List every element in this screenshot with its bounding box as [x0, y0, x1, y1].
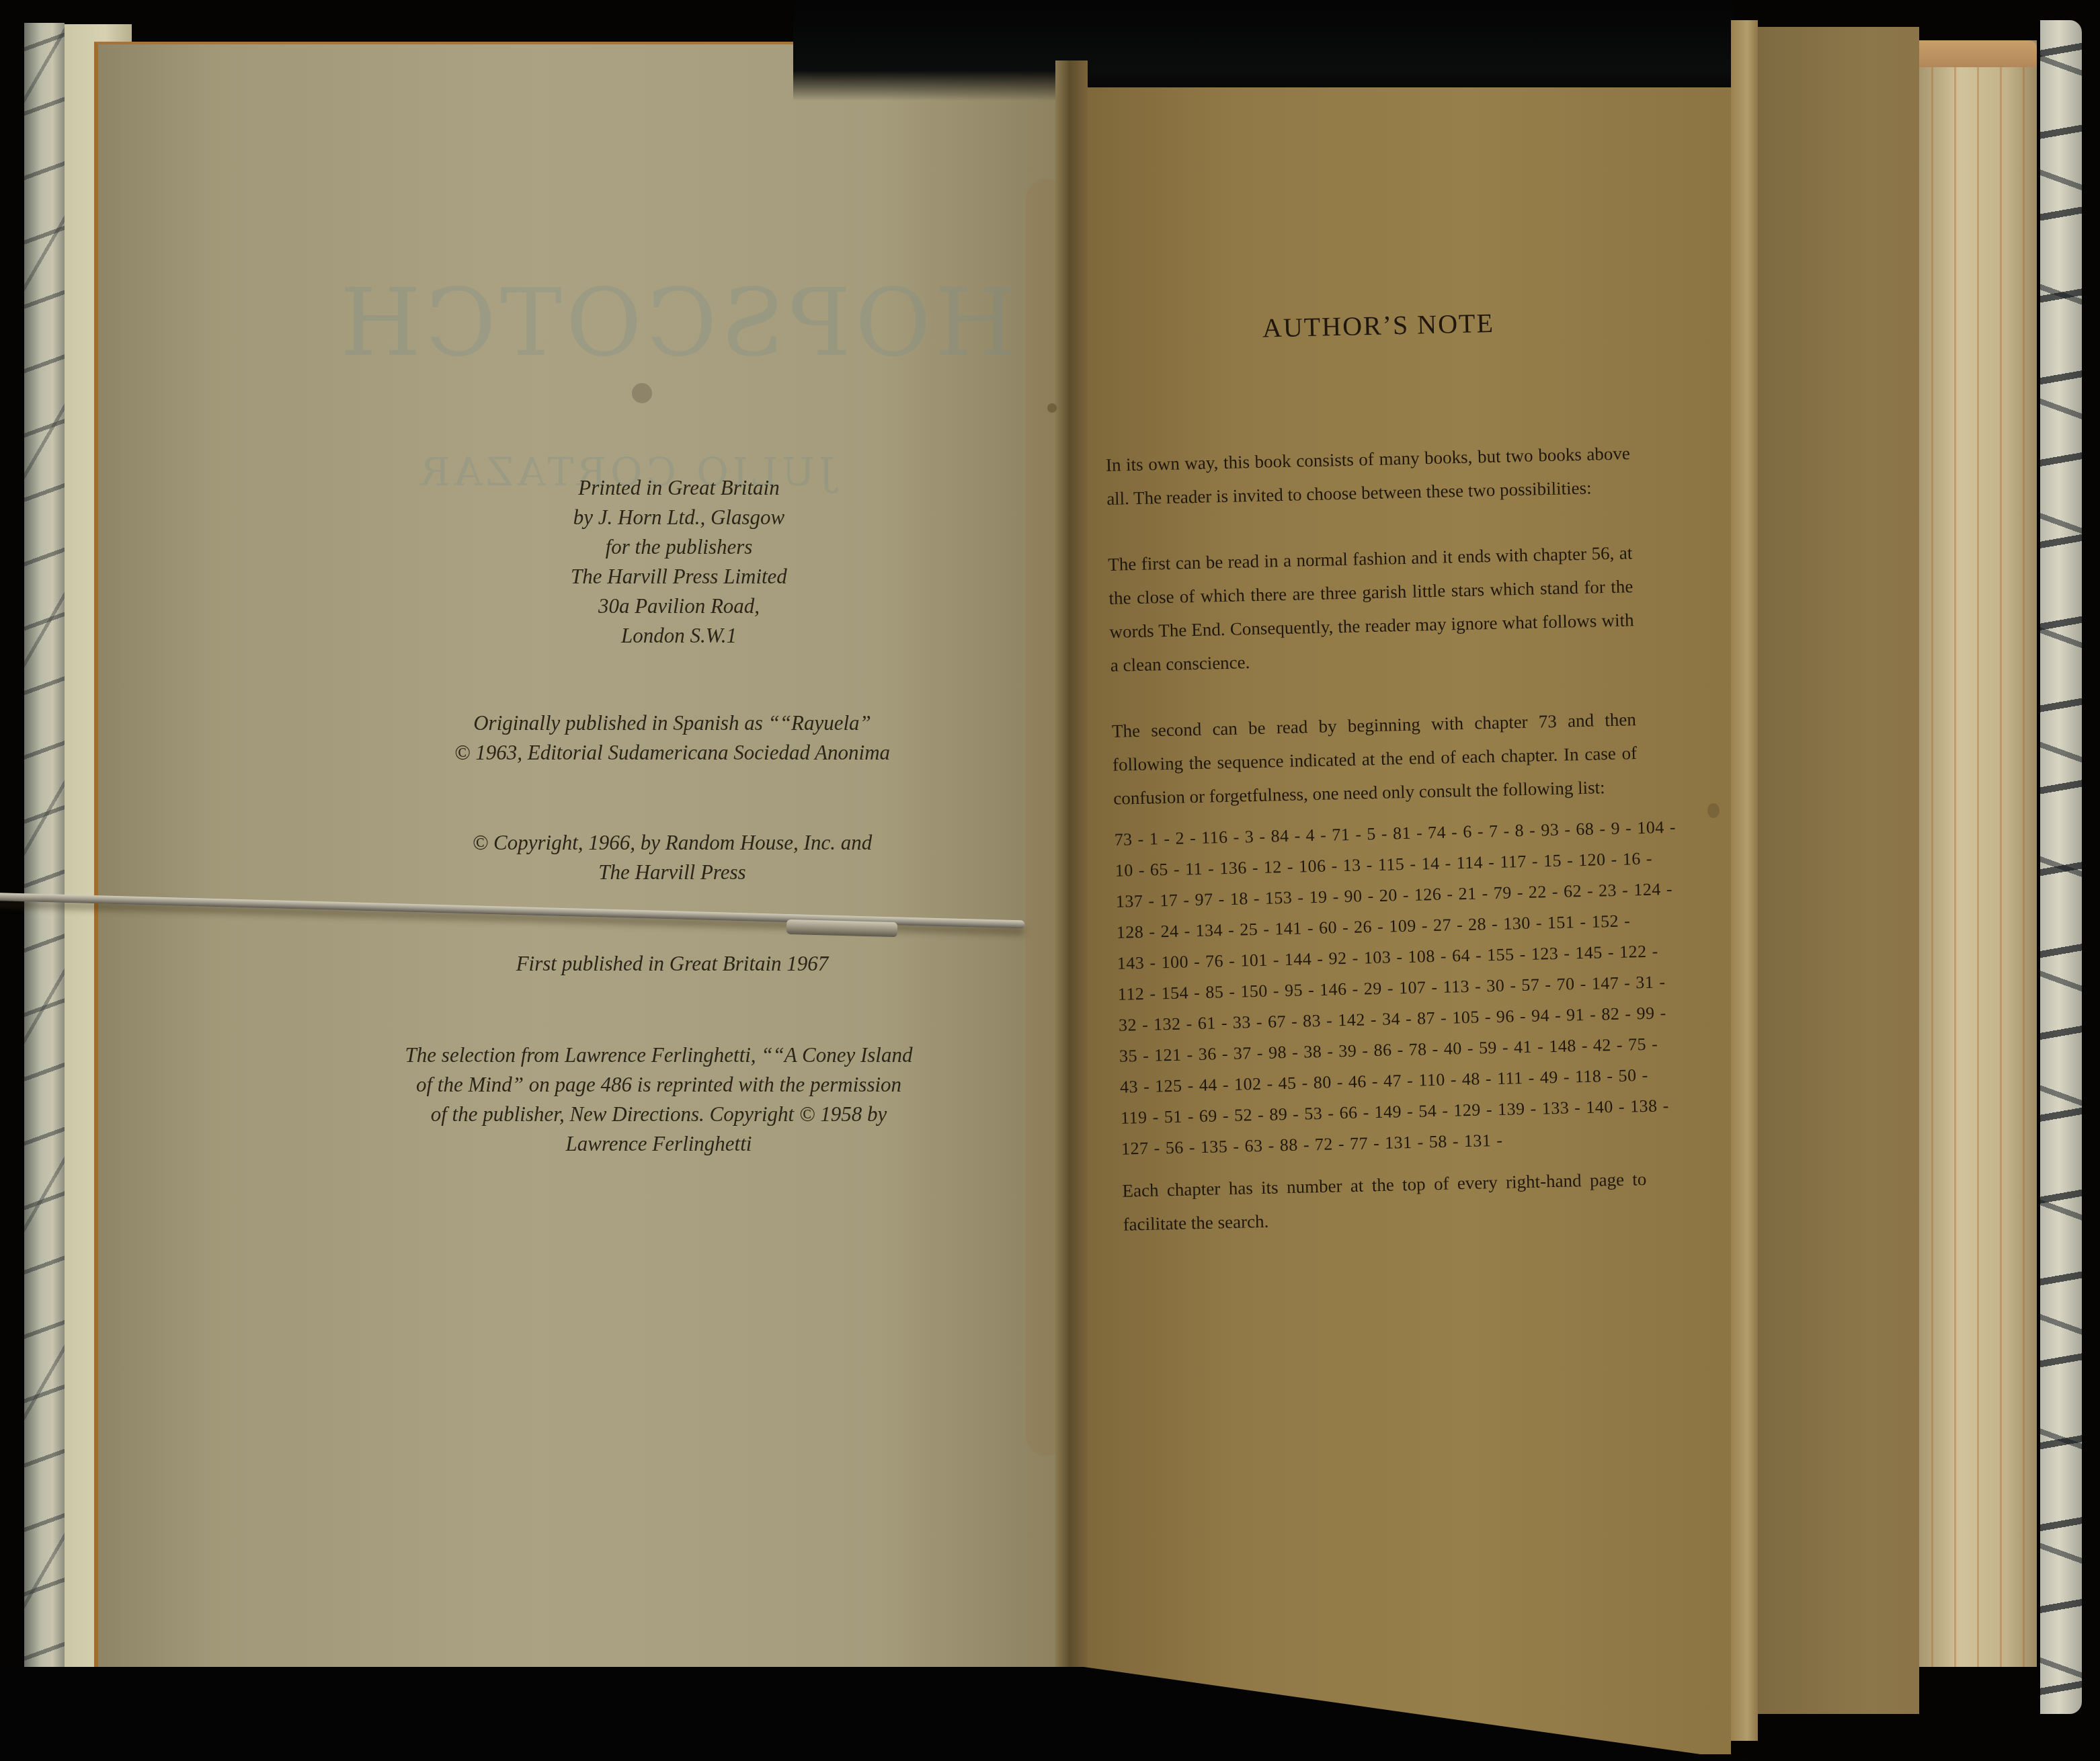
original-line: Originally published in Spanish as ““Ray…	[403, 708, 941, 738]
copyright-line: © Copyright, 1966, by Random House, Inc.…	[403, 828, 941, 858]
page-edge-leaf	[1731, 20, 1758, 1741]
printer-line: Printed in Great Britain	[531, 473, 827, 503]
marbled-cover-left	[24, 23, 65, 1717]
pointer-rod-grip	[786, 919, 898, 937]
printer-line: by J. Horn Ltd., Glasgow	[531, 503, 827, 532]
authors-note: AUTHOR’S NOTE In its own way, this book …	[1102, 304, 1648, 1273]
show-through-title: HOPSCOTCH	[336, 269, 1016, 377]
permission-line: of the Mind” on page 486 is reprinted wi…	[397, 1070, 921, 1100]
chapter-sequence: 73 - 1 - 2 - 116 - 3 - 84 - 4 - 71 - 5 -…	[1114, 813, 1646, 1165]
printer-line: 30a Pavilion Road,	[531, 591, 827, 621]
printer-line: London S.W.1	[531, 621, 827, 651]
original-line: © 1963, Editorial Sudamericana Sociedad …	[403, 738, 941, 768]
page-edge-block	[1758, 27, 1919, 1714]
background-shadow	[793, 0, 1734, 101]
permission-line: The selection from Lawrence Ferlinghetti…	[397, 1040, 921, 1070]
note-paragraph: The second can be read by beginning with…	[1111, 702, 1638, 815]
first-published-line: First published in Great Britain 1967	[403, 949, 941, 979]
copyright-line: The Harvill Press	[403, 858, 941, 887]
foxing-dot	[1047, 403, 1057, 413]
show-through-ornament	[632, 383, 652, 403]
note-closing: Each chapter has its number at the top o…	[1122, 1162, 1648, 1241]
printer-line: for the publishers	[531, 532, 827, 562]
printer-block: Printed in Great Britain by J. Horn Ltd.…	[531, 473, 827, 651]
marbled-cover-right	[2040, 20, 2082, 1714]
fore-edge-pages	[1919, 40, 2037, 1667]
fore-edge-top	[1919, 40, 2037, 67]
note-paragraph: The first can be read in a normal fashio…	[1108, 536, 1635, 682]
note-paragraph: In its own way, this book consists of ma…	[1105, 436, 1631, 516]
book-gutter	[1055, 60, 1088, 1721]
printer-line: The Harvill Press Limited	[531, 562, 827, 591]
permission-line: Lawrence Ferlinghetti	[397, 1129, 921, 1159]
first-published-block: First published in Great Britain 1967	[403, 949, 941, 979]
foxing-dot	[1707, 803, 1720, 818]
copyright-block: © Copyright, 1966, by Random House, Inc.…	[403, 828, 941, 887]
original-publication-block: Originally published in Spanish as ““Ray…	[403, 708, 941, 768]
permission-line: of the publisher, New Directions. Copyri…	[397, 1100, 921, 1129]
permission-block: The selection from Lawrence Ferlinghetti…	[397, 1040, 921, 1159]
